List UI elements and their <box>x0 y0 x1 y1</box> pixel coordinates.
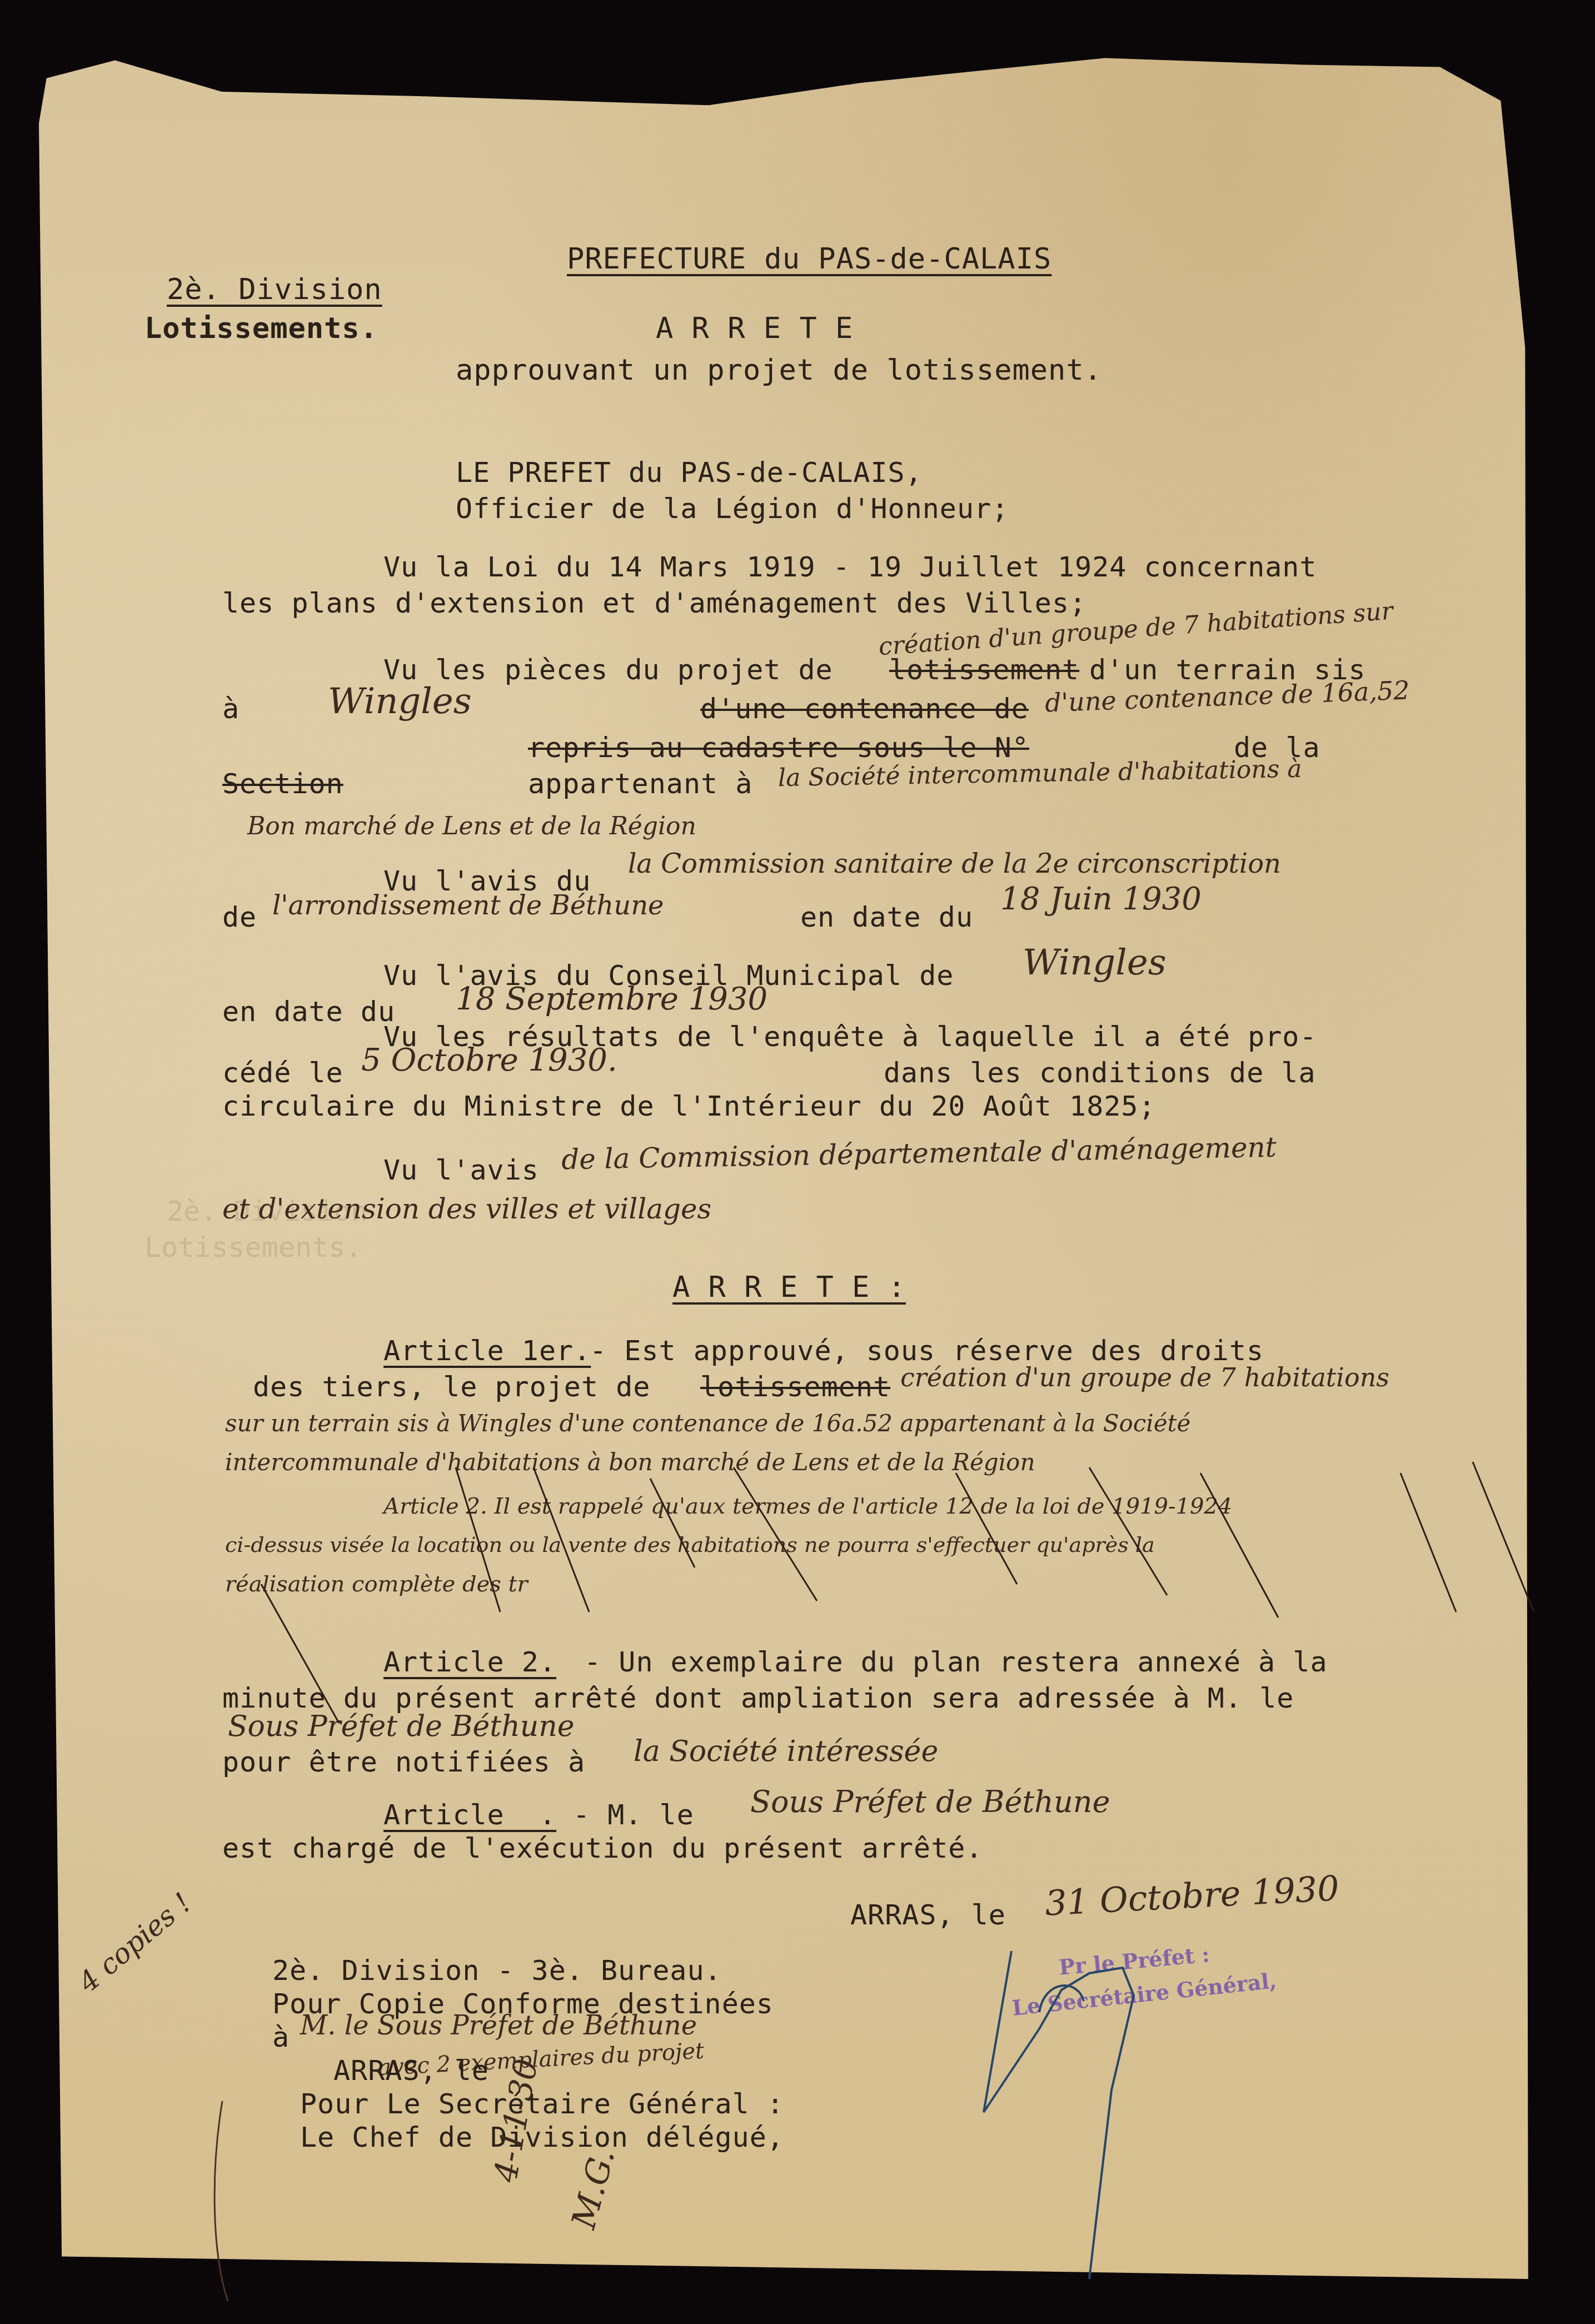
article-3-line-2: est chargé de l'exécution du présent arr… <box>222 1834 983 1862</box>
article-1-line-1: - Est approuvé, sous réserve des droits <box>572 1337 1264 1365</box>
loi-line-1: Vu la Loi du 14 Mars 1919 - 19 Juillet 1… <box>383 553 1317 581</box>
prefect-title: LE PREFET du PAS-de-CALAIS, <box>456 459 923 486</box>
avis1-de: de <box>222 903 257 931</box>
article-2-label: Article 2. <box>383 1648 556 1676</box>
article-1-line-2-prefix: des tiers, le projet de <box>253 1373 650 1401</box>
avis1-handwritten: la Commission sanitaire de la 2e circons… <box>628 850 1281 877</box>
article-2-line-1: - Un exemplaire du plan restera annexé à… <box>567 1648 1328 1676</box>
article-1-struck: lotissement <box>700 1373 890 1401</box>
copy-arras: ARRAS, le <box>333 2057 489 2084</box>
article-2-line-3-prefix: pour être notifiées à <box>222 1748 585 1776</box>
copy-division-bureau: 2è. Division - 3è. Bureau. <box>272 1957 722 1984</box>
crossed-article-line-3: réalisation complète des tr <box>225 1573 528 1595</box>
avis1-arrondissement: l'arrondissement de Béthune <box>272 892 664 919</box>
service-label: Lotissements. <box>144 314 378 343</box>
document-title: A R R E T E <box>656 314 853 343</box>
pieces-a: à <box>222 695 240 723</box>
avis2-date: 18 Septembre 1930 <box>456 984 767 1015</box>
division-label: 2è. Division <box>167 275 382 304</box>
article-1-handwritten-2: sur un terrain sis à Wingles d'une conte… <box>225 1412 1190 1435</box>
appartenant-label: appartenant à <box>528 770 752 798</box>
loi-line-2: les plans d'extension et d'aménagement d… <box>222 589 1086 617</box>
pieces-line-1: Vu les pièces du projet de <box>383 656 833 684</box>
show-through-text: 2è. Division <box>167 1195 367 1227</box>
prefect-honour: Officier de la Légion d'Honneur; <box>456 495 1009 522</box>
copy-destinataire: M. le Sous Préfet de Béthune <box>300 2012 697 2039</box>
decision-heading: A R R E T E : <box>672 1273 906 1302</box>
article-1-handwritten-1: création d'un groupe de 7 habitations <box>900 1365 1389 1390</box>
article-1-handwritten-3: intercommunale d'habitations à bon march… <box>225 1451 1035 1474</box>
crossed-article-line-2: ci-dessus visée la location ou la vente … <box>225 1534 1155 1555</box>
article-3-prefix: - M. le <box>556 1801 694 1829</box>
contenance-struck: d'une contenance de <box>700 695 1029 723</box>
enquete-date: 5 Octobre 1930. <box>361 1045 617 1076</box>
avis2-date-prefix: en date du <box>222 998 395 1026</box>
enquete-line-2-prefix: cédé le <box>222 1059 343 1087</box>
copy-pour-secretaire: Pour Le Secrétaire Général : <box>300 2090 784 2118</box>
avis3-prefix: Vu l'avis <box>383 1156 539 1184</box>
crossed-article-line-1: Article 2. Il est rappelé qu'aux termes … <box>383 1495 1232 1517</box>
article-2-societe: la Société intéressée <box>634 1737 938 1766</box>
article-1-label: Article 1er. <box>383 1337 591 1365</box>
article-2-line-2: minute du présent arrêté dont ampliation… <box>222 1684 1294 1712</box>
article-3-label: Article . <box>383 1801 556 1829</box>
avis2-commune: Wingles <box>1023 945 1167 981</box>
avis1-date-prefix: en date du <box>800 903 973 931</box>
pieces-commune: Wingles <box>328 684 472 719</box>
avis1-date: 18 Juin 1930 <box>1000 884 1202 915</box>
prefecture-heading: PREFECTURE du PAS-de-CALAIS <box>567 245 1051 273</box>
document-subtitle: approuvant un projet de lotissement. <box>456 356 1102 385</box>
show-through-text: Lotissements. <box>144 1231 362 1263</box>
copy-chef-division: Le Chef de Division délégué, <box>300 2123 784 2151</box>
pieces-struck-word: lotissement <box>889 656 1079 684</box>
enquete-line-2-end: dans les conditions de la <box>884 1059 1316 1087</box>
article-2-sous-prefet: Sous Préfet de Béthune <box>228 1712 574 1741</box>
signature-place: ARRAS, le <box>850 1901 1006 1929</box>
cadastre-struck: repris au cadastre sous le N° <box>528 734 1029 762</box>
enquete-line-3: circulaire du Ministre de l'Intérieur du… <box>222 1092 1156 1120</box>
article-3-sous-prefet: Sous Préfet de Béthune <box>750 1787 1110 1817</box>
copy-a: à <box>272 2023 290 2051</box>
appartenant-handwritten-2: Bon marché de Lens et de la Région <box>247 814 696 839</box>
section-struck: Section <box>222 770 343 798</box>
